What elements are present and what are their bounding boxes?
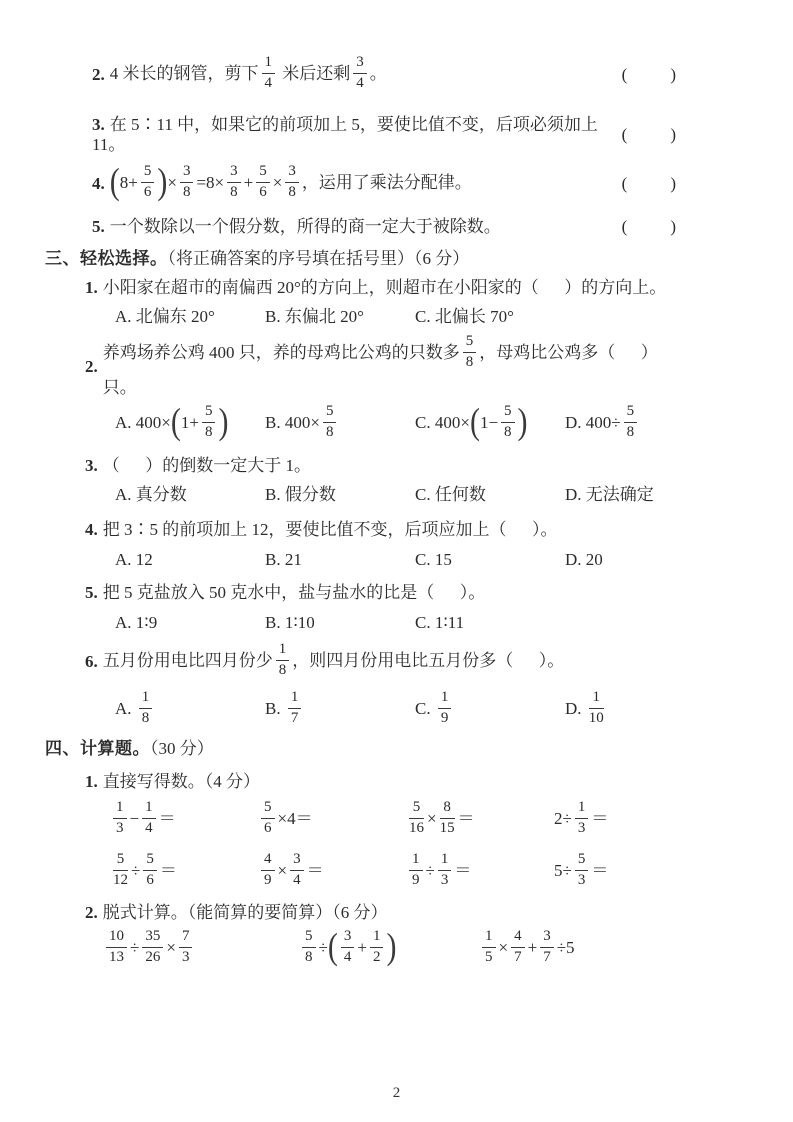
- fraction: 18: [276, 641, 290, 679]
- option-b: B. 1∶10: [265, 613, 415, 633]
- math-expression: 19÷13＝: [406, 853, 554, 891]
- option-b: B. 21: [265, 550, 415, 570]
- option-c: C. 北偏长 70°: [415, 307, 565, 327]
- big-paren: (: [470, 401, 480, 444]
- fraction: 47: [511, 928, 525, 966]
- fraction: 18: [139, 689, 153, 727]
- fraction: 512: [113, 851, 128, 889]
- fraction: 13: [438, 851, 452, 889]
- item-number: 5.: [92, 217, 105, 236]
- option-c: C. 任何数: [415, 485, 565, 505]
- question-number: 6.: [85, 652, 98, 672]
- fraction: 58: [463, 333, 477, 371]
- question-text: 小阳家在超市的南偏西 20°的方向上，则超市在小阳家的（ ）的方向上。: [103, 278, 667, 297]
- fraction: 38: [227, 163, 241, 201]
- item-number: 2.: [92, 65, 105, 85]
- sub-title: 脱式计算。（能简算的要简算）（6 分）: [103, 903, 388, 922]
- question-number: 3.: [85, 456, 98, 475]
- section-calc-title: 四、计算题。: [45, 739, 150, 758]
- question-text: 养鸡场养公鸡 400 只，养的母鸡比公鸡的只数多58，母鸡比公鸡多（ ）只。: [103, 335, 677, 398]
- choice-question-5-stem: 5.把 5 克盐放入 50 克水中，盐与盐水的比是（ ）。: [45, 583, 677, 603]
- math-expression: 56×4＝: [258, 801, 406, 839]
- section-choice-heading: 三、轻松选择。（将正确答案的序号填在括号里）（6 分）: [45, 249, 677, 269]
- fraction: 38: [285, 163, 299, 201]
- mental-math-row-2: 512÷56＝ 49×34＝ 19÷13＝ 5÷53＝: [45, 849, 677, 895]
- judge-item-4: 4.(8+56)×38=8×38+56×38，运用了乘法分配律。 ( ): [45, 161, 677, 207]
- option-b: B. 假分数: [265, 485, 415, 505]
- question-text: 把 3∶5 的前项加上 12，要使比值不变，后项应加上（ ）。: [103, 520, 558, 539]
- choice-question-5-options: A. 1∶9 B. 1∶10 C. 1∶11: [45, 613, 677, 633]
- option-b: B. 东偏北 20°: [265, 307, 415, 327]
- fraction: 15: [482, 928, 496, 966]
- judge-item-3: 3.在 5∶11 中，如果它的前项加上 5，要使比值不变，后项必须加上 11。 …: [45, 115, 677, 155]
- fraction: 73: [179, 928, 193, 966]
- section-calc-points: （30 分）: [150, 739, 214, 758]
- choice-question-3-stem: 3.（ ）的倒数一定大于 1。: [45, 456, 677, 476]
- option-a: A. 真分数: [115, 485, 265, 505]
- fraction: 13: [113, 799, 127, 837]
- option-d: D. 20: [565, 550, 715, 570]
- math-expression: 49×34＝: [258, 853, 406, 891]
- judge-item-text: 4.(8+56)×38=8×38+56×38，运用了乘法分配律。: [92, 165, 472, 203]
- judge-item-text: 5.一个数除以一个假分数，所得的商一定大于被除数。: [92, 217, 501, 237]
- section-calc-heading: 四、计算题。（30 分）: [45, 739, 677, 759]
- fraction: 38: [180, 163, 194, 201]
- sub-number: 1.: [85, 772, 98, 791]
- option-a: A. 400×(1+58): [115, 405, 265, 443]
- choice-question-2-options: A. 400×(1+58) B. 400×58 C. 400×(1−58) D.…: [45, 401, 677, 447]
- question-text: （ ）的倒数一定大于 1。: [103, 456, 311, 475]
- option-a: A. 18: [115, 691, 265, 729]
- choice-question-6-options: A. 18 B. 17 C. 19 D. 110: [45, 687, 677, 733]
- calc-sub1-heading: 1.直接写得数。（4 分）: [45, 772, 677, 792]
- choice-question-3-options: A. 真分数 B. 假分数 C. 任何数 D. 无法确定: [45, 485, 677, 505]
- choice-question-1-options: A. 北偏东 20° B. 东偏北 20° C. 北偏长 70°: [45, 307, 677, 327]
- big-paren: (: [328, 926, 338, 969]
- big-paren: (: [110, 161, 120, 204]
- fraction: 58: [501, 403, 515, 441]
- judge-item-text: 2.4 米长的钢管，剪下14 米后还剩34。: [92, 56, 387, 94]
- math-expression: 516×815＝: [406, 801, 554, 839]
- math-expression: 512÷56＝: [110, 853, 258, 891]
- fraction: 1013: [106, 928, 127, 966]
- choice-question-1-stem: 1.小阳家在超市的南偏西 20°的方向上，则超市在小阳家的（ ）的方向上。: [45, 278, 677, 298]
- judge-item-2: 2.4 米长的钢管，剪下14 米后还剩34。 ( ): [45, 52, 677, 98]
- big-paren: ): [386, 926, 396, 969]
- fraction: 17: [288, 689, 302, 727]
- fraction: 34: [353, 54, 367, 92]
- option-b: B. 400×58: [265, 405, 415, 443]
- question-text: 把 5 克盐放入 50 克水中，盐与盐水的比是（ ）。: [103, 583, 486, 602]
- fraction: 14: [142, 799, 156, 837]
- question-number: 4.: [85, 520, 98, 539]
- big-paren: ): [218, 401, 228, 444]
- option-b: B. 17: [265, 691, 415, 729]
- fraction: 815: [440, 799, 455, 837]
- question-number: 1.: [85, 278, 98, 297]
- math-expression: 15×47+37÷5: [479, 930, 677, 968]
- fraction: 110: [589, 689, 604, 727]
- fraction: 58: [323, 403, 337, 441]
- fraction: 516: [409, 799, 424, 837]
- answer-brackets: ( ): [622, 217, 677, 237]
- answer-brackets: ( ): [622, 65, 677, 85]
- fraction: 19: [409, 851, 423, 889]
- item-number: 3.: [92, 115, 105, 134]
- sub-title: 直接写得数。（4 分）: [103, 772, 260, 791]
- fraction: 37: [540, 928, 554, 966]
- fraction: 53: [575, 851, 589, 889]
- fraction: 12: [370, 928, 384, 966]
- step-calc-expressions: 1013÷3526×73 58÷(34+12) 15×47+37÷5: [45, 926, 677, 972]
- big-paren: ): [518, 401, 528, 444]
- judge-item-text: 3.在 5∶11 中，如果它的前项加上 5，要使比值不变，后项必须加上 11。: [92, 115, 622, 155]
- math-expression: 在 5∶11 中，如果它的前项加上 5，要使比值不变，后项必须加上 11。: [92, 115, 598, 154]
- fraction: 56: [143, 851, 157, 889]
- math-expression: (8+56)×38=8×38+56×38，运用了乘法分配律。: [110, 165, 472, 203]
- fraction: 56: [141, 163, 155, 201]
- option-d: D. 400÷58: [565, 405, 715, 443]
- option-a: A. 1∶9: [115, 613, 265, 633]
- option-a: A. 12: [115, 550, 265, 570]
- math-expression: 2÷13＝: [554, 801, 702, 839]
- fraction: 58: [624, 403, 638, 441]
- choice-question-4-stem: 4.把 3∶5 的前项加上 12，要使比值不变，后项应加上（ ）。: [45, 520, 677, 540]
- option-c: C. 1∶11: [415, 613, 565, 633]
- math-expression: 5÷53＝: [554, 853, 702, 891]
- fraction: 56: [261, 799, 275, 837]
- option-c: C. 15: [415, 550, 565, 570]
- big-paren: ): [157, 161, 167, 204]
- judge-item-5: 5.一个数除以一个假分数，所得的商一定大于被除数。 ( ): [45, 217, 677, 237]
- calc-sub2-heading: 2.脱式计算。（能简算的要简算）（6 分）: [45, 903, 677, 923]
- fraction: 58: [202, 403, 216, 441]
- big-paren: (: [171, 401, 181, 444]
- choice-question-6-stem: 6.五月份用电比四月份少18，则四月份用电比五月份多（ ）。: [45, 639, 677, 685]
- section-choice-subtitle: （将正确答案的序号填在括号里）（6 分）: [168, 249, 470, 268]
- section-choice-title: 三、轻松选择。: [45, 249, 168, 268]
- question-number: 5.: [85, 583, 98, 602]
- fraction: 14: [262, 54, 276, 92]
- math-expression: 13−14＝: [110, 801, 258, 839]
- option-c: C. 400×(1−58): [415, 405, 565, 443]
- option-d: D. 无法确定: [565, 485, 715, 505]
- option-c: C. 19: [415, 691, 565, 729]
- option-d: D. 110: [565, 691, 715, 729]
- answer-brackets: ( ): [622, 174, 677, 194]
- page-number: 2: [0, 1085, 793, 1102]
- fraction: 49: [261, 851, 275, 889]
- fraction: 34: [290, 851, 304, 889]
- fraction: 19: [438, 689, 452, 727]
- choice-question-4-options: A. 12 B. 21 C. 15 D. 20: [45, 550, 677, 570]
- math-expression: 4 米长的钢管，剪下14 米后还剩34。: [110, 56, 387, 94]
- test-paper-page: 2.4 米长的钢管，剪下14 米后还剩34。 ( ) 3.在 5∶11 中，如果…: [0, 0, 793, 1122]
- fraction: 3526: [142, 928, 163, 966]
- fraction: 56: [256, 163, 270, 201]
- item-number: 4.: [92, 174, 105, 194]
- mental-math-row-1: 13−14＝ 56×4＝ 516×815＝ 2÷13＝: [45, 797, 677, 843]
- question-number: 2.: [85, 357, 98, 377]
- math-expression: 1013÷3526×73: [103, 930, 299, 968]
- fraction: 58: [302, 928, 316, 966]
- paper-content: 2.4 米长的钢管，剪下14 米后还剩34。 ( ) 3.在 5∶11 中，如果…: [45, 0, 677, 972]
- math-expression: 58÷(34+12): [299, 930, 479, 968]
- fraction: 34: [341, 928, 355, 966]
- sub-number: 2.: [85, 903, 98, 922]
- option-a: A. 北偏东 20°: [115, 307, 265, 327]
- math-expression: 一个数除以一个假分数，所得的商一定大于被除数。: [110, 217, 501, 236]
- answer-brackets: ( ): [622, 125, 677, 145]
- choice-question-2-stem: 2.养鸡场养公鸡 400 只，养的母鸡比公鸡的只数多58，母鸡比公鸡多（ ）只。: [45, 335, 677, 398]
- fraction: 13: [575, 799, 589, 837]
- question-text: 五月份用电比四月份少18，则四月份用电比五月份多（ ）。: [103, 643, 565, 681]
